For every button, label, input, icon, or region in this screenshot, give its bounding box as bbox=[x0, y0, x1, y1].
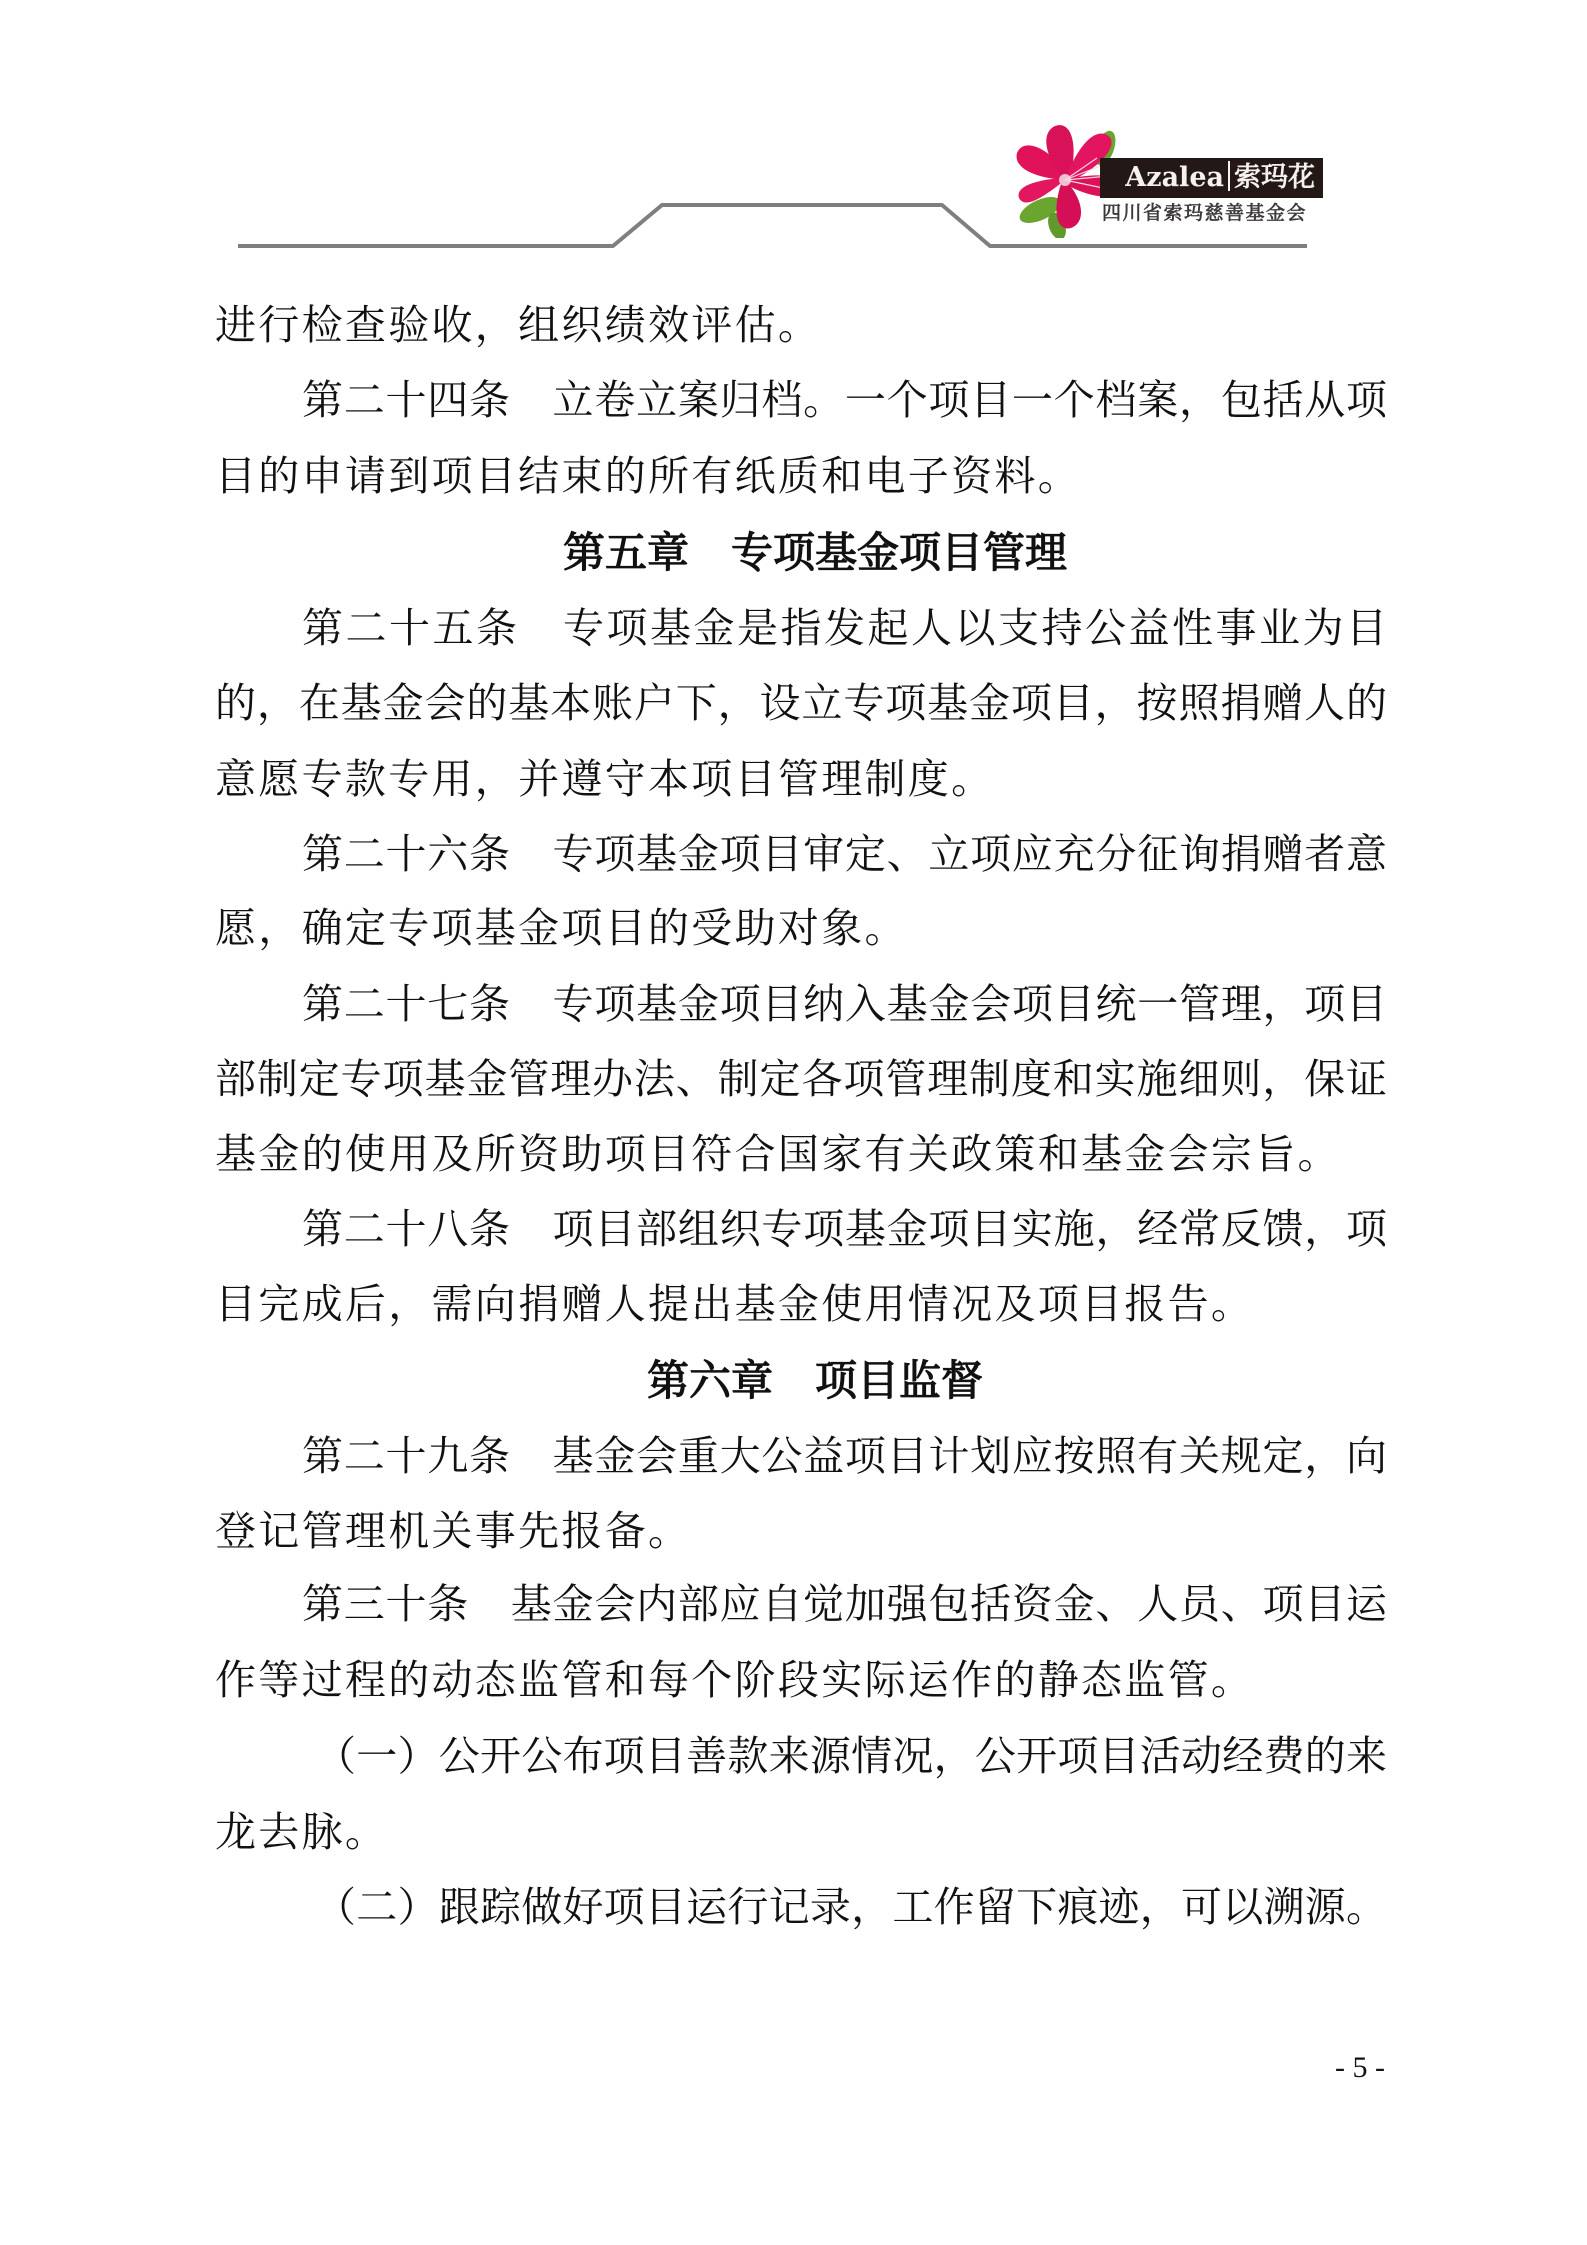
text-line: 进行检查验收，组织绩效评估。 bbox=[215, 300, 1387, 350]
text-line: 目的申请到项目结束的所有纸质和电子资料。 bbox=[215, 451, 1387, 501]
article-25: 第二十五条 专项基金是指发起人以支持公益性事业为目 bbox=[215, 603, 1387, 653]
text-line: 愿，确定专项基金项目的受助对象。 bbox=[215, 903, 1387, 953]
article-27: 第二十七条 专项基金项目纳入基金会项目统一管理，项目 bbox=[215, 979, 1387, 1029]
brand-name-en: Azalea bbox=[1125, 162, 1224, 193]
chapter-6-heading: 第六章 项目监督 bbox=[215, 1354, 1415, 1408]
article-28: 第二十八条 项目部组织专项基金项目实施，经常反馈，项 bbox=[215, 1204, 1387, 1254]
logo-banner: Azalea索玛花 bbox=[1100, 158, 1323, 198]
brand-separator bbox=[1228, 161, 1230, 191]
foundation-logo: Azalea索玛花 四川省索玛慈善基金会 bbox=[1005, 118, 1325, 238]
chapter-5-heading: 第五章 专项基金项目管理 bbox=[215, 526, 1415, 580]
text-line: 的，在基金会的基本账户下，设立专项基金项目，按照捐赠人的 bbox=[215, 678, 1387, 728]
text-line: 龙去脉。 bbox=[215, 1807, 1387, 1857]
organization-name: 四川省索玛慈善基金会 bbox=[1102, 201, 1317, 225]
text-line: 登记管理机关事先报备。 bbox=[215, 1506, 1387, 1556]
article-26: 第二十六条 专项基金项目审定、立项应充分征询捐赠者意 bbox=[215, 829, 1387, 879]
header-rule bbox=[0, 0, 1587, 260]
article-30: 第三十条 基金会内部应自觉加强包括资金、人员、项目运 bbox=[215, 1579, 1387, 1629]
clause-1: （一）公开公布项目善款来源情况，公开项目活动经费的来 bbox=[215, 1731, 1387, 1781]
text-line: 意愿专款专用，并遵守本项目管理制度。 bbox=[215, 754, 1387, 804]
text-line: 部制定专项基金管理办法、制定各项管理制度和实施细则，保证 bbox=[215, 1054, 1387, 1104]
text-line: 目完成后，需向捐赠人提出基金使用情况及项目报告。 bbox=[215, 1279, 1387, 1329]
document-page: Azalea索玛花 四川省索玛慈善基金会 进行检查验收，组织绩效评估。 第二十四… bbox=[0, 0, 1587, 2245]
page-number: - 5 - bbox=[1320, 2048, 1400, 2088]
text-line: 作等过程的动态监管和每个阶段实际运作的静态监管。 bbox=[215, 1655, 1387, 1705]
article-24: 第二十四条 立卷立案归档。一个项目一个档案，包括从项 bbox=[215, 375, 1387, 425]
clause-2: （二）跟踪做好项目运行记录，工作留下痕迹，可以溯源。 bbox=[215, 1882, 1387, 1932]
brand-name-cn: 索玛花 bbox=[1234, 162, 1315, 193]
article-29: 第二十九条 基金会重大公益项目计划应按照有关规定，向 bbox=[215, 1431, 1387, 1481]
text-line: 基金的使用及所资助项目符合国家有关政策和基金会宗旨。 bbox=[215, 1129, 1387, 1179]
